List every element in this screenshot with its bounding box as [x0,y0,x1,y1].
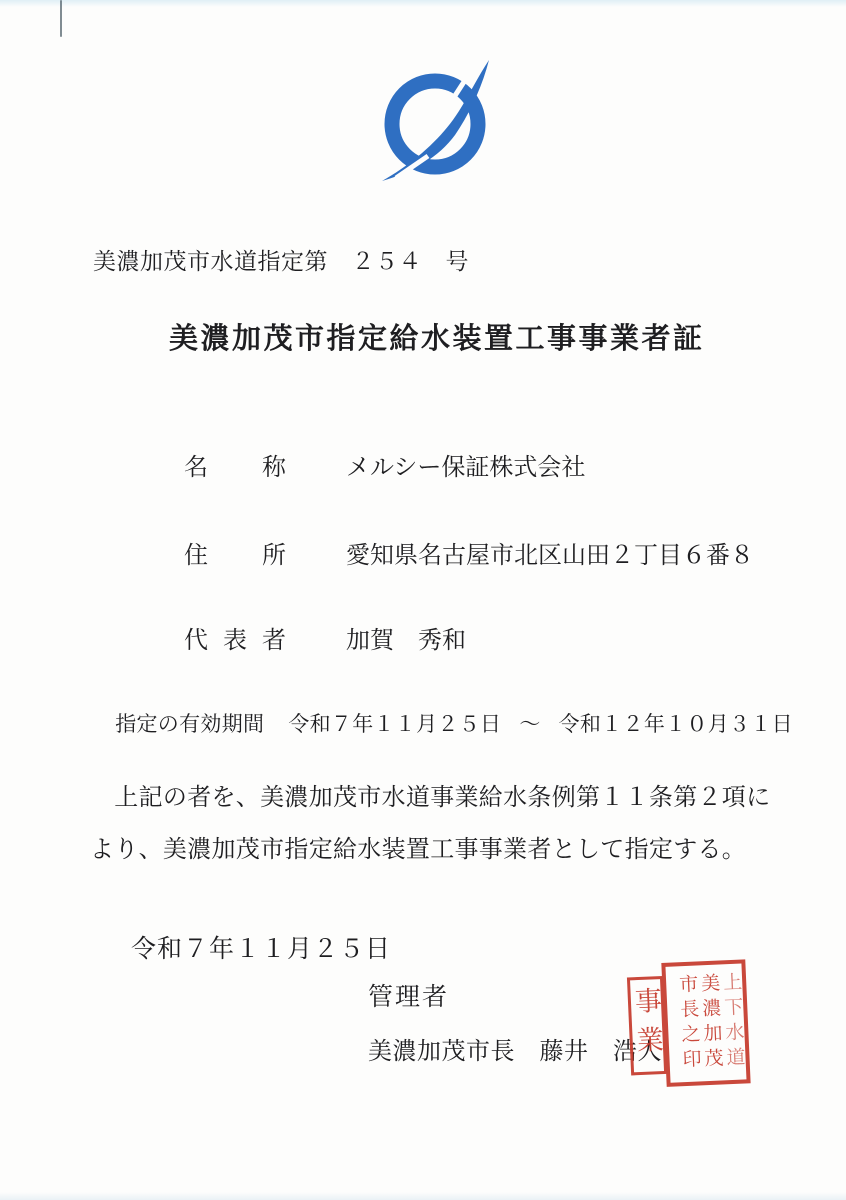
official-red-seal: 事業 上下水道 美濃加茂 市長之印 [626,960,745,1089]
field-label-representative: 代表者 [184,620,286,655]
validity-start-date: 令和７年１１月２５日 [288,712,501,736]
field-row-name: 名称メルシー保証株式会社 [160,420,585,509]
body-text-line-1: 上記の者を、美濃加茂市水道事業給水条例第１１条第２項に [90,777,770,812]
issue-date: 令和７年１１月２５日 [131,929,391,965]
field-value-name: メルシー保証株式会社 [346,455,585,481]
field-row-address: 住所愛知県名古屋市北区山田２丁目６番８ [160,508,754,597]
certificate-title: 美濃加茂市指定給水装置工事事業者証 [169,316,705,357]
scan-edge-tint-top [0,0,846,7]
scan-artifact-line [60,0,62,37]
body-text-line-2: より、美濃加茂市指定給水装置工事事業者として指定する。 [90,829,746,864]
registration-number: 美濃加茂市水道指定第 ２５４ 号 [93,243,469,276]
validity-period-row: 指定の有効期間令和７年１１月２５日～令和１２年１０月３１日 [93,683,793,763]
seal-main-box: 上下水道 美濃加茂 市長之印 [661,959,750,1087]
field-label-address: 住所 [184,535,286,570]
city-emblem-icon [376,54,498,186]
seal-column-1: 上下水道 [719,966,746,1079]
field-value-representative: 加賀 秀和 [346,628,466,654]
certificate-page: 美濃加茂市水道指定第 ２５４ 号 美濃加茂市指定給水装置工事事業者証 名称メルシ… [0,0,846,1200]
issuer-role: 管理者 [368,977,449,1013]
scan-edge-tint-bottom [0,1192,846,1200]
issuer-name: 美濃加茂市長 藤井 浩人 [368,1031,662,1066]
city-emblem-logo [376,54,498,186]
field-label-name: 名称 [184,447,286,482]
validity-end-date: 令和１２年１０月３１日 [559,712,793,736]
field-row-representative: 代表者加賀 秀和 [160,593,466,682]
validity-separator: ～ [519,712,540,736]
validity-label: 指定の有効期間 [115,712,264,736]
field-value-address: 愛知県名古屋市北区山田２丁目６番８ [346,543,754,569]
seal-side-column: 事業 [627,976,667,1075]
